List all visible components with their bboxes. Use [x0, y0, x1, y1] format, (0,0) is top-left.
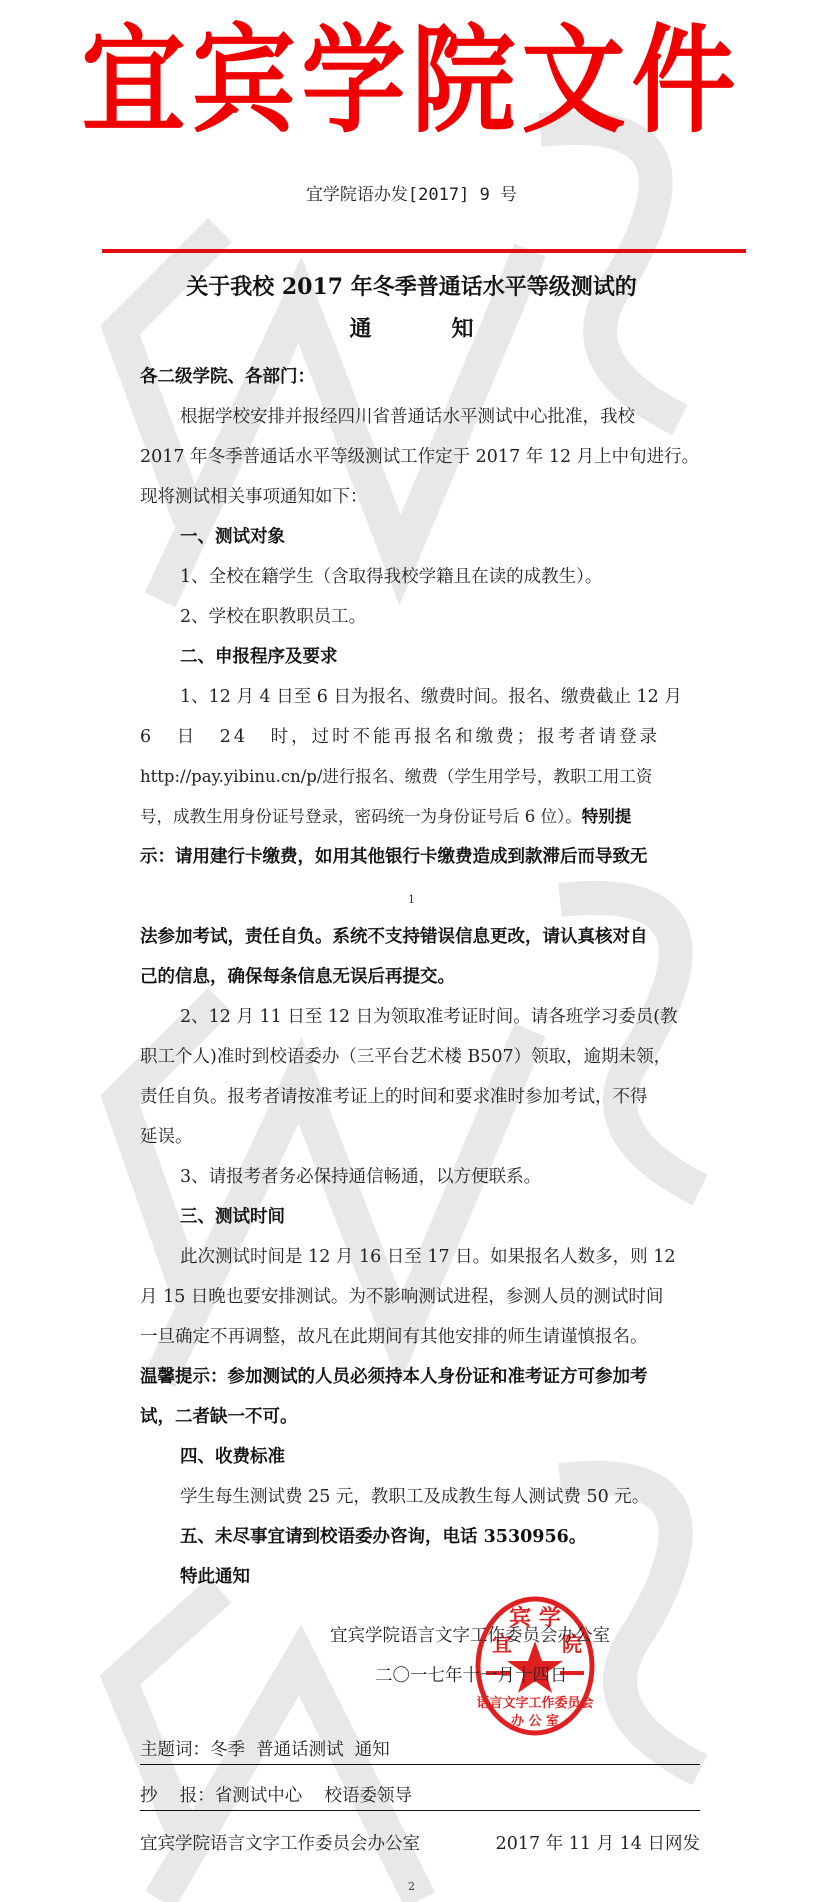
- special-notice-label: 特别提: [582, 807, 632, 826]
- signature-date: 二〇一七年十一月十四日: [375, 1662, 568, 1687]
- notice-title-line2: 通知: [0, 312, 823, 343]
- signature-organization: 宜宾学院语言文字工作委员会办公室: [330, 1622, 610, 1647]
- intro-line: 根据学校安排并报经四川省普通话水平测试中心批准，我校: [180, 405, 700, 429]
- notice-title: 关于我校 2017 年冬季普通话水平等级测试的: [0, 270, 823, 301]
- footer-date: 2017 年 11 月 14 日网发: [496, 1830, 700, 1855]
- section-heading-2: 二、申报程序及要求: [180, 645, 700, 669]
- keywords-text: 主题词：冬季 普通话测试 通知: [140, 1740, 390, 1760]
- section2-item1-line: 1、12 月 4 日至 6 日为报名、缴费时间。报名、缴费截止 12 月: [180, 685, 700, 709]
- document-number: 宜学院语办发[2017] 9 号: [0, 180, 823, 205]
- section-heading-5: 五、未尽事宜请到校语委办咨询，电话 3530956。: [180, 1525, 700, 1549]
- section2-item2-line: 职工个人)准时到校语委办（三平台艺术楼 B507）领取，逾期未领，: [140, 1045, 700, 1069]
- section-heading-3: 三、测试时间: [180, 1205, 700, 1229]
- section-heading-1: 一、测试对象: [180, 525, 700, 549]
- page-number: 1: [0, 893, 823, 906]
- intro-line: 现将测试相关事项通知如下：: [140, 485, 700, 509]
- section3-line: 此次测试时间是 12 月 16 日至 17 日。如果报名人数多，则 12: [180, 1245, 700, 1269]
- document-page: 宜宾学院文件 宜学院语办发[2017] 9 号 关于我校 2017 年冬季普通话…: [0, 0, 823, 1902]
- section3-line: 一旦确定不再调整，故凡在此期间有其他安排的师生请谨慎报名。: [140, 1325, 700, 1349]
- intro-line: 2017 年冬季普通话水平等级测试工作定于 2017 年 12 月上中旬进行。: [140, 445, 700, 469]
- page-number: 2: [0, 1880, 823, 1893]
- warm-reminder-line: 试，二者缺一不可。: [140, 1405, 700, 1429]
- section2-item1-line: 号，成教生用身份证号登录，密码统一为身份证号后 6 位）。特别提: [140, 805, 700, 829]
- svg-text:语言文字工作委员会: 语言文字工作委员会: [476, 1695, 593, 1711]
- closing-text: 特此通知: [180, 1565, 700, 1589]
- salutation: 各二级学院、各部门：: [140, 365, 700, 389]
- section3-line: 月 15 日晚也要安排测试。为不影响测试进程，参测人员的测试时间: [140, 1285, 700, 1309]
- section2-item2-line: 2、12 月 11 日至 12 日为领取准考证时间。请各班学习委员(教: [180, 1005, 700, 1029]
- issue-footer: 宜宾学院语言文字工作委员会办公室 2017 年 11 月 14 日网发: [140, 1830, 700, 1855]
- cc-row: 抄 报：省测试中心 校语委领导: [140, 1782, 700, 1811]
- text-span: 号，成教生用身份证号登录，密码统一为身份证号后 6 位）。: [140, 807, 582, 826]
- section2-item2-line: 责任自负。报考者请按准考证上的时间和要求准时参加考试，不得: [140, 1085, 700, 1109]
- section2-item2-line: 延误。: [140, 1125, 700, 1149]
- special-notice-line: 示：请用建行卡缴费，如用其他银行卡缴费造成到款滞后而导致无: [140, 845, 700, 869]
- section2-item1-line: 6 日 24 时，过时不能再报名和缴费；报考者请登录: [140, 725, 700, 749]
- section1-item: 1、全校在籍学生（含取得我校学籍且在读的成教生）。: [180, 565, 700, 589]
- fee-text: 学生每生测试费 25 元，教职工及成教生每人测试费 50 元。: [180, 1485, 700, 1509]
- section2-item3: 3、请报考者务必保持通信畅通，以方便联系。: [180, 1165, 700, 1189]
- keywords-row: 主题词：冬季 普通话测试 通知: [140, 1736, 700, 1765]
- section1-item: 2、学校在职教职员工。: [180, 605, 700, 629]
- title-char-2: 知: [452, 312, 474, 343]
- section-heading-4: 四、收费标准: [180, 1445, 700, 1469]
- title-char-1: 通: [349, 312, 371, 343]
- red-divider: [102, 249, 746, 253]
- warm-reminder-line: 温馨提示：参加测试的人员必须持本人身份证和准考证方可参加考: [140, 1365, 700, 1389]
- special-notice-line: 法参加考试，责任自负。系统不支持错误信息更改，请认真核对自: [140, 925, 700, 949]
- svg-text:办 公 室: 办 公 室: [511, 1713, 559, 1729]
- masthead-title: 宜宾学院文件: [0, 8, 823, 154]
- section2-item1-url-line: http://pay.yibinu.cn/p/进行报名、缴费（学生用学号，教职工…: [140, 765, 700, 789]
- footer-organization: 宜宾学院语言文字工作委员会办公室: [140, 1830, 420, 1855]
- cc-text: 抄 报：省测试中心 校语委领导: [140, 1786, 412, 1806]
- special-notice-line: 己的信息，确保每条信息无误后再提交。: [140, 965, 700, 989]
